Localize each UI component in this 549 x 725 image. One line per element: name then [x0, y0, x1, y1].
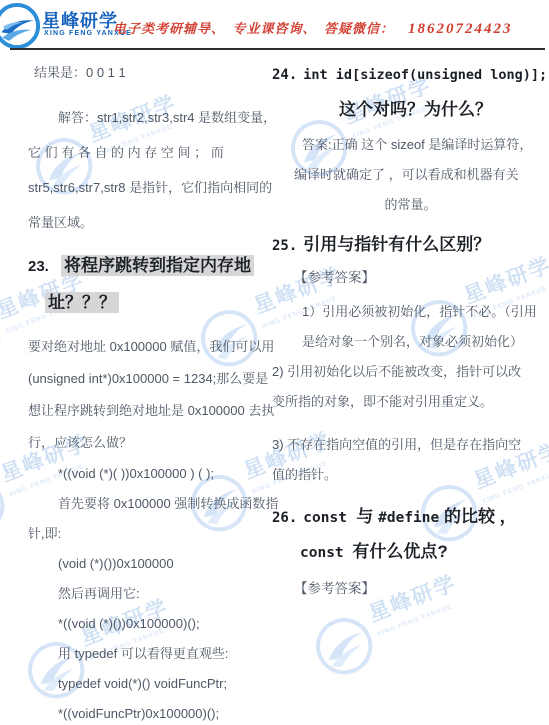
left-column: 结果是：0 0 1 1 解答：str1,str2,str3,str4 是数组变量… [28, 56, 268, 725]
question-23-heading: 23.将程序跳转到指定内存地 址？？？ [28, 248, 268, 321]
highlighted-title: 址？？？ [45, 292, 119, 313]
question-25-title-text: 引用与指针有什么区别？ [303, 235, 490, 254]
highlighted-title: 将程序跳转到指定内存地 [61, 255, 254, 276]
text-line: 变所指的对象，即不能对引用重定义。 [272, 387, 549, 417]
promo-services: 电子类考研辅导、 专业课咨询、 答疑微信： [113, 21, 394, 36]
question-26-text: 有什么优点? [352, 542, 447, 561]
text-line: str5,str6,str7,str8 是指针，它们指向相同的 [28, 170, 268, 205]
question-26-code-const: const [303, 510, 347, 526]
question-25-title: 25.引用与指针有什么区别？ [272, 228, 549, 263]
question-26-title-line1: 26.const 与 #define 的比较 ， [272, 500, 549, 535]
header-divider [10, 48, 545, 50]
question-number: 24. [272, 57, 297, 93]
question-26-title-line2: const 有什么优点? [272, 535, 549, 570]
question-25-points: 1）引用必须被初始化，指针不必。（引用是给对象一个别名，对象必须初始化）2) 引… [272, 297, 549, 490]
result-line: 结果是：0 0 1 1 [28, 56, 268, 90]
watermark-logo-icon [0, 466, 16, 546]
text-line: 是给对象一个别名，对象必须初始化） [272, 327, 549, 357]
code-explanation-block: *((void (*)( ))0x100000 ) ( );首先要将 0x100… [28, 459, 268, 725]
text-line: *((void (*)( ))0x100000 ) ( ); [28, 459, 268, 489]
question-24-code: int id[sizeof(unsigned long)]; [303, 67, 547, 83]
text-line: 用 typedef 可以看得更直观些: [28, 639, 268, 669]
question-25-heading: 25.引用与指针有什么区别？ [272, 228, 549, 263]
question-number: 23. [28, 249, 61, 285]
text-line: *((voidFuncPtr)0x100000)(); [28, 699, 268, 725]
question-23-body: 要对绝对地址 0x100000 赋值，我们可以用(unsigned int*)0… [28, 331, 268, 459]
promo-text: 电子类考研辅导、 专业课咨询、 答疑微信：18620724423 [113, 18, 513, 38]
text-line: 2) 引用初始化以后不能被改变，指针可以改 [272, 357, 549, 387]
question-24-title-line2: 这个对吗？为什么？ [272, 93, 549, 126]
text-line: 解答：str1,str2,str3,str4 是数组变量， [28, 100, 268, 135]
brand-logo-icon [0, 1, 42, 51]
text-line: 编译时就确定了 ，可以看成和机器有关 [272, 160, 549, 190]
text-line: (void (*)())0x100000 [28, 549, 268, 579]
watermark-logo-icon [0, 303, 12, 383]
text-line: 首先要将 0x100000 强制转换成函数指 [28, 489, 268, 519]
text-line: (unsigned int*)0x100000 = 1234;那么要是 [28, 363, 268, 395]
text-line: 常量区域。 [28, 205, 268, 240]
text-line: 它 们 有 各 自 的 内 存 空 间 ； 而 [28, 135, 268, 170]
text-line: 行，应该怎么做？ [28, 427, 268, 459]
wechat-phone-number: 18620724423 [408, 21, 513, 37]
text-line: *((void (*)())0x100000)(); [28, 609, 268, 639]
text-line: 3) 不存在指向空值的引用，但是存在指向空 [272, 430, 549, 460]
document-page: 星峰研学XING FENG YANXUE 星峰研学XING FENG YANXU… [0, 0, 549, 725]
question-24-heading: 24.int id[sizeof(unsigned long)]; 这个对吗？为… [272, 56, 549, 126]
question-number: 25. [272, 229, 297, 263]
question-26-code-const2: const [300, 545, 352, 561]
reference-answer-label: 【参考答案】 [272, 574, 549, 604]
text-line: 值的指针。 [272, 460, 549, 490]
text-line: 要对绝对地址 0x100000 赋值，我们可以用 [28, 331, 268, 363]
question-26-text: 的比较 ， [439, 507, 516, 526]
question-26-heading: 26.const 与 #define 的比较 ， const 有什么优点? [272, 500, 549, 570]
reference-answer-label: 【参考答案】 [272, 263, 549, 293]
question-24-answer: 答案:正确 这个 sizeof 是编译时运算符，编译时就确定了 ，可以看成和机器… [272, 130, 549, 220]
text-line: 答案:正确 这个 sizeof 是编译时运算符， [272, 130, 549, 160]
text-line: 然后再调用它: [28, 579, 268, 609]
right-column: 24.int id[sizeof(unsigned long)]; 这个对吗？为… [272, 56, 549, 604]
text-line: 的常量。 [272, 190, 549, 220]
question-number: 26. [272, 502, 297, 535]
question-26-code-define: #define [378, 510, 439, 526]
text-line: 想让程序跳转到绝对地址是 0x100000 去执 [28, 395, 268, 427]
question-24-title-line1: 24.int id[sizeof(unsigned long)]; [272, 56, 549, 93]
text-line: typedef void(*)() voidFuncPtr; [28, 669, 268, 699]
answer-paragraph: 解答：str1,str2,str3,str4 是数组变量，它 们 有 各 自 的… [28, 100, 268, 240]
question-26-text: 与 [347, 507, 378, 526]
watermark-logo-icon [304, 606, 384, 686]
text-line: 1）引用必须被初始化，指针不必。（引用 [272, 297, 549, 327]
text-line: 针,即: [28, 519, 268, 549]
page-header: 星峰研学 XING FENG YANXUE 电子类考研辅导、 专业课咨询、 答疑… [0, 0, 549, 52]
question-23-title-line2: 址？？？ [28, 285, 268, 321]
question-23-title-line1: 23.将程序跳转到指定内存地 [28, 248, 268, 285]
